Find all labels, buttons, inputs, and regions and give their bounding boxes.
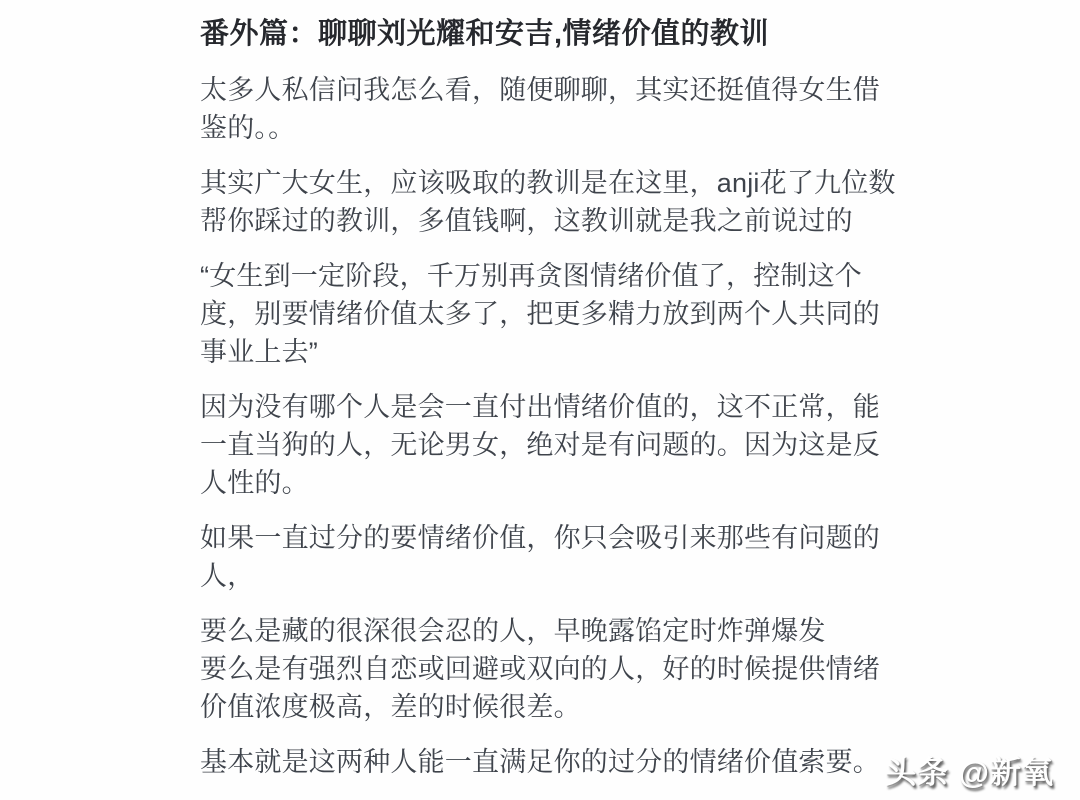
- paragraph-quote: “女生到一定阶段，千万别再贪图情绪价值了，控制这个 度，别要情绪价值太多了，把更…: [200, 257, 940, 371]
- toutiao-watermark: 头条 @新氧: [885, 747, 1054, 792]
- paragraph: 因为没有哪个人是会一直付出情绪价值的，这不正常，能 一直当狗的人，无论男女，绝对…: [200, 388, 940, 502]
- paragraph: 基本就是这两种人能一直满足你的过分的情绪价值索要。: [200, 743, 940, 781]
- article: 番外篇：聊聊刘光耀和安吉,情绪价值的教训 太多人私信问我怎么看，随便聊聊，其实还…: [200, 14, 940, 798]
- paragraph: 要么是藏的很深很会忍的人，早晚露馅定时炸弹爆发 要么是有强烈自恋或回避或双向的人…: [200, 612, 940, 726]
- paragraph: 其实广大女生，应该吸取的教训是在这里，anji花了九位数 帮你踩过的教训，多值钱…: [200, 164, 940, 240]
- paragraph: 如果一直过分的要情绪价值，你只会吸引来那些有问题的 人，: [200, 519, 940, 595]
- article-title: 番外篇：聊聊刘光耀和安吉,情绪价值的教训: [200, 14, 940, 54]
- paragraph: 太多人私信问我怎么看，随便聊聊，其实还挺值得女生借 鉴的。。: [200, 71, 940, 147]
